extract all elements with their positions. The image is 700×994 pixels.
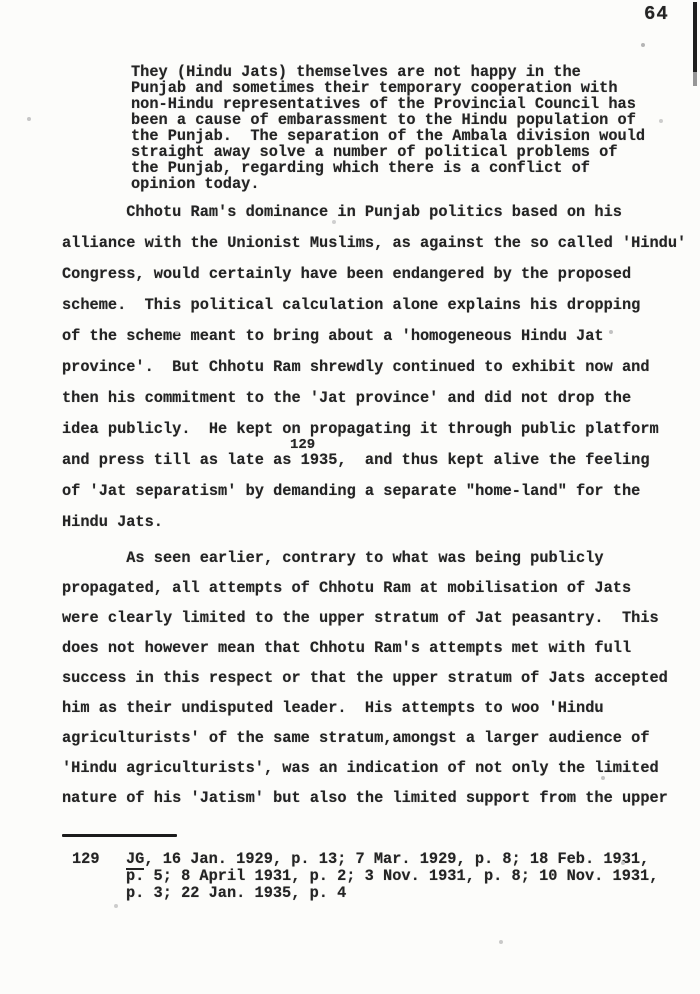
text-line: and press till as late as 1935, and thus… — [62, 445, 686, 476]
footnote-line: p. 5; 8 April 1931, p. 2; 3 Nov. 1931, p… — [126, 868, 658, 885]
text-line: the Punjab. The separation of the Ambala… — [131, 128, 645, 144]
text-line: does not however mean that Chhotu Ram's … — [62, 633, 668, 663]
footnote-reference-superscript: 129 — [290, 437, 315, 453]
footnote-line: p. 3; 22 Jan. 1935, p. 4 — [126, 885, 658, 902]
text-line: scheme. This political calculation alone… — [62, 290, 686, 321]
text-line: As seen earlier, contrary to what was be… — [62, 543, 668, 573]
text-line: Congress, would certainly have been enda… — [62, 259, 686, 290]
text-line: alliance with the Unionist Muslims, as a… — [62, 228, 686, 259]
body-paragraph-1: Chhotu Ram's dominance in Punjab politic… — [62, 197, 686, 538]
footnote-citation-text: , 16 Jan. 1929, p. 13; 7 Mar. 1929, p. 8… — [144, 850, 649, 868]
document-page: 64 They (Hindu Jats) themselves are not … — [0, 0, 700, 994]
footnote-number: 129 — [72, 851, 126, 902]
body-paragraph-2: As seen earlier, contrary to what was be… — [62, 543, 668, 813]
text-line: province'. But Chhotu Ram shrewdly conti… — [62, 352, 686, 383]
text-line: agriculturists' of the same stratum,amon… — [62, 723, 668, 753]
text-line: nature of his 'Jatism' but also the limi… — [62, 783, 668, 813]
text-line: been a cause of embarassment to the Hind… — [131, 112, 645, 128]
footnote-text: JG, 16 Jan. 1929, p. 13; 7 Mar. 1929, p.… — [126, 851, 658, 902]
text-line: of 'Jat separatism' by demanding a separ… — [62, 476, 686, 507]
text-line: success in this respect or that the uppe… — [62, 663, 668, 693]
footnote-line: JG, 16 Jan. 1929, p. 13; 7 Mar. 1929, p.… — [126, 851, 658, 868]
text-line: idea publicly. He kept on propagating it… — [62, 414, 686, 445]
text-line: of the scheme meant to bring about a 'ho… — [62, 321, 686, 352]
text-line: were clearly limited to the upper stratu… — [62, 603, 668, 633]
text-line: Hindu Jats. — [62, 507, 686, 538]
text-line: Punjab and sometimes their temporary coo… — [131, 80, 645, 96]
text-line: They (Hindu Jats) themselves are not hap… — [131, 64, 645, 80]
footnote-separator-rule — [62, 834, 177, 837]
text-line: propagated, all attempts of Chhotu Ram a… — [62, 573, 668, 603]
text-line: straight away solve a number of politica… — [131, 144, 645, 160]
text-line: non-Hindu representatives of the Provinc… — [131, 96, 645, 112]
block-quote: They (Hindu Jats) themselves are not hap… — [131, 64, 645, 192]
footnote: 129 JG, 16 Jan. 1929, p. 13; 7 Mar. 1929… — [72, 851, 658, 902]
text-line: him as their undisputed leader. His atte… — [62, 693, 668, 723]
page-number: 64 — [644, 3, 669, 25]
text-line: the Punjab, regarding which there is a c… — [131, 160, 645, 176]
text-line: then his commitment to the 'Jat province… — [62, 383, 686, 414]
text-line: 'Hindu agriculturists', was an indicatio… — [62, 753, 668, 783]
text-line: opinion today. — [131, 176, 645, 192]
scan-speckles — [0, 0, 2, 2]
text-line: Chhotu Ram's dominance in Punjab politic… — [62, 197, 686, 228]
scan-artifact-line — [693, 2, 697, 90]
